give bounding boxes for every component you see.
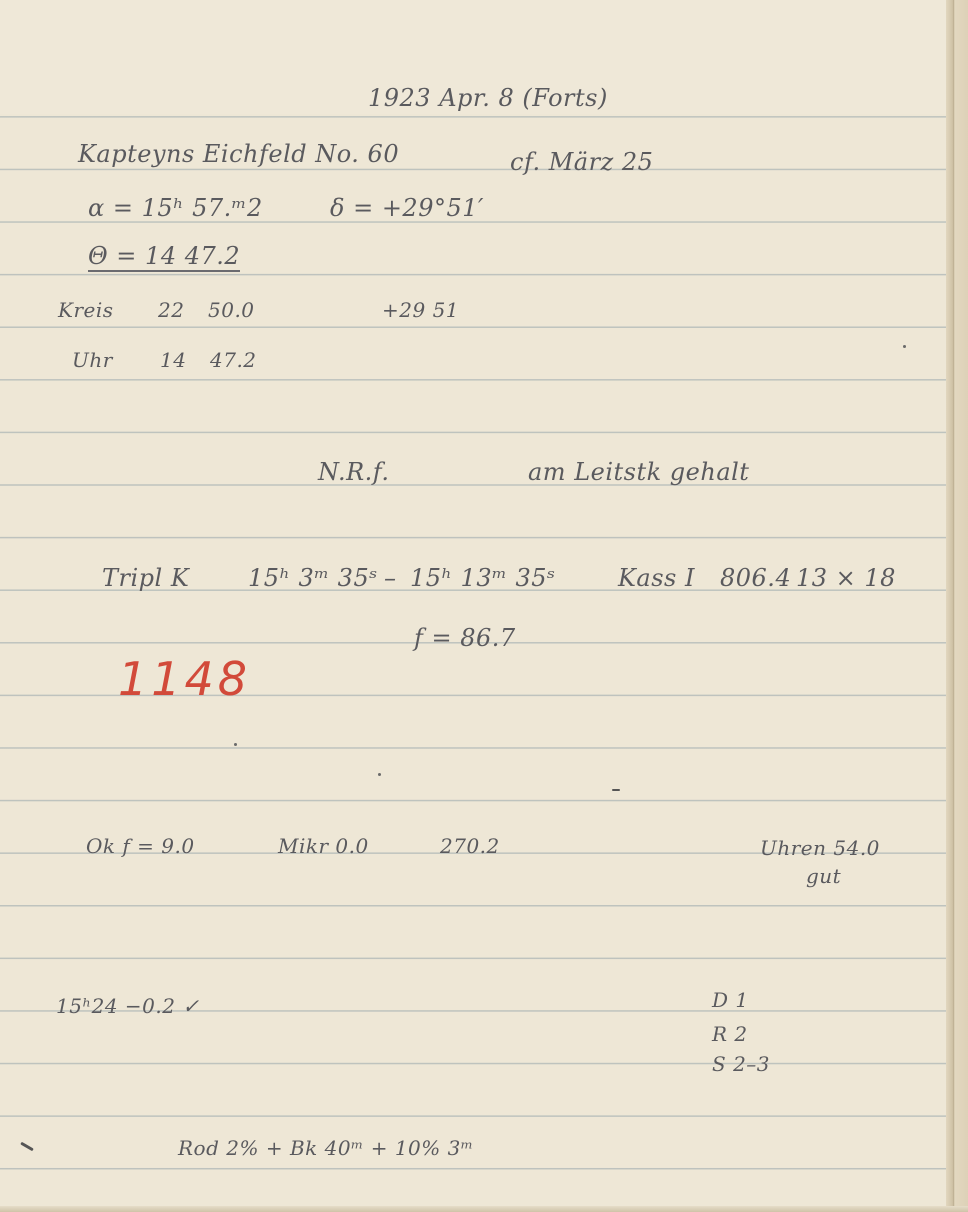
kreis-hours: 22	[158, 300, 184, 320]
reference-note: cf. März 25	[510, 150, 653, 174]
remark-guiding: am Leitstk gehalt	[528, 460, 749, 484]
kreis-minutes: 50.0	[208, 300, 255, 320]
cassette: Kass I	[618, 566, 695, 590]
plate-size: 13 × 18	[796, 566, 896, 590]
exposure-end: 15ʰ 13ᵐ 35ˢ	[410, 566, 556, 590]
notebook-spine	[946, 0, 968, 1212]
quality-label: S	[712, 1052, 726, 1076]
quality-row: S 2–3	[712, 1054, 770, 1074]
plate-number: 1148	[118, 656, 251, 702]
exposure-start: 15ʰ 3ᵐ 35ˢ	[248, 566, 378, 590]
speck	[234, 743, 237, 746]
micrometer-reading: Mikr 0.0	[278, 836, 369, 856]
pencil-mark	[612, 789, 620, 791]
quality-value: 2–3	[733, 1052, 770, 1076]
quality-row: D 1	[712, 990, 749, 1010]
position-angle: 270.2	[440, 836, 500, 856]
exposure-instrument: Tripl K	[102, 566, 189, 590]
time-check: 15ʰ24 −0.2 ✓	[56, 996, 200, 1016]
clock-note: gut	[806, 866, 841, 886]
quality-row: R 2	[712, 1024, 748, 1044]
right-ascension: α = 15ʰ 57.ᵐ2	[88, 196, 263, 220]
ocular-focus: Ok f = 9.0	[86, 836, 195, 856]
page-bottom-edge	[0, 1206, 968, 1212]
speck	[903, 345, 906, 348]
notebook-page: 1923 Apr. 8 (Forts) Kapteyns Eichfeld No…	[0, 0, 968, 1212]
declination: δ = +29°51′	[330, 196, 484, 220]
quality-value: 2	[734, 1022, 747, 1046]
clock-reading: Uhren 54.0	[760, 838, 880, 858]
exposure-dash: –	[384, 566, 397, 590]
kreis-declination: +29 51	[382, 300, 459, 320]
sidereal-time: Θ = 14 47.2	[88, 244, 240, 272]
quality-label: D	[712, 988, 729, 1012]
quality-label: R	[712, 1022, 728, 1046]
focus-value: f = 86.7	[414, 626, 516, 650]
uhr-label: Uhr	[72, 350, 113, 370]
plate-id: 806.4	[720, 566, 791, 590]
uhr-minutes: 47.2	[210, 350, 257, 370]
speck	[378, 773, 381, 776]
remark-nrf: N.R.f.	[318, 460, 389, 484]
development-note: Rod 2% + Bk 40ᵐ + 10% 3ᵐ	[178, 1138, 474, 1158]
quality-value: 1	[735, 988, 748, 1012]
uhr-hours: 14	[160, 350, 186, 370]
pencil-mark	[20, 1142, 34, 1152]
field-name: Kapteyns Eichfeld No. 60	[78, 142, 399, 166]
page-heading: 1923 Apr. 8 (Forts)	[368, 86, 608, 110]
kreis-label: Kreis	[58, 300, 114, 320]
